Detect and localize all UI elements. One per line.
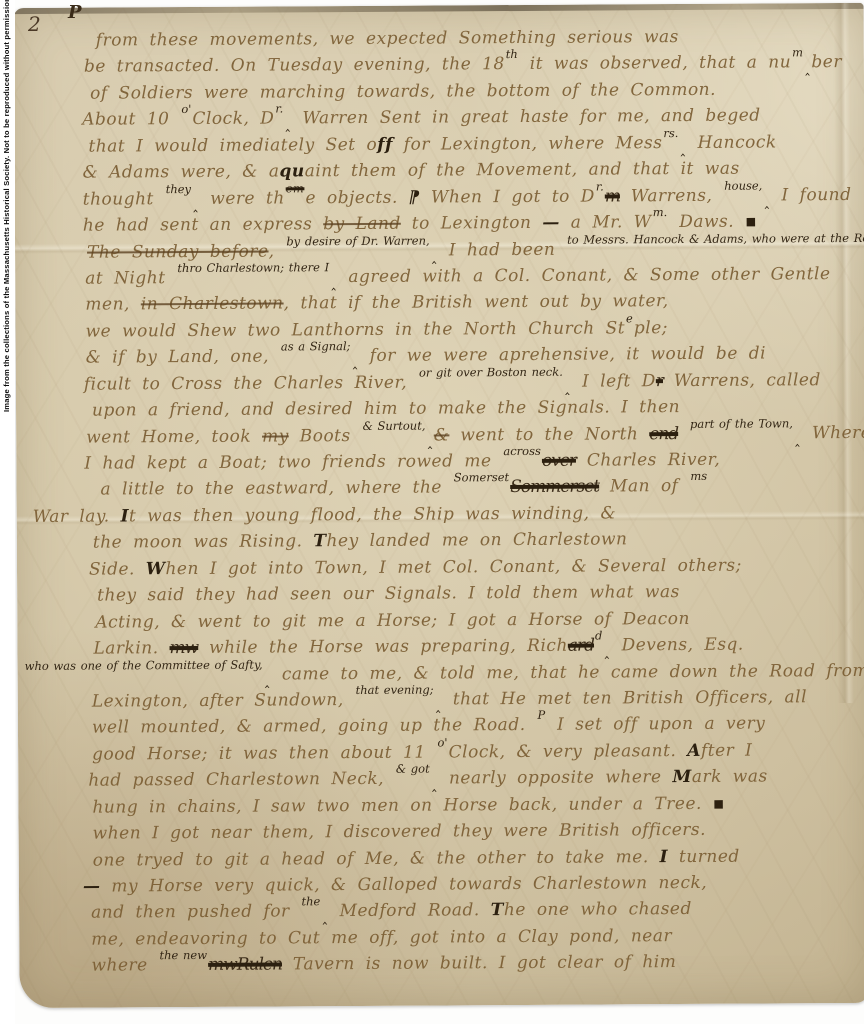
handwritten-text: e objects. bbox=[305, 187, 408, 208]
handwritten-text: , that if the British went out by water, bbox=[284, 291, 669, 313]
interlinear-insertion: th bbox=[506, 47, 518, 61]
handwritten-text: ▪ bbox=[745, 212, 757, 232]
handwritten-text: one tryed to git a head of Me, & the oth… bbox=[93, 847, 660, 870]
interlinear-insertion: that evening; bbox=[356, 682, 434, 696]
handwritten-text: , bbox=[268, 241, 285, 261]
handwritten-text: while the Horse was preparing, Rich bbox=[198, 636, 568, 658]
copyright-credit-text: Image from the collections of the Massac… bbox=[2, 12, 11, 412]
handwritten-text: to Lexington bbox=[401, 213, 543, 234]
handwritten-text: ark was bbox=[692, 767, 768, 787]
handwritten-text: went Home, took bbox=[86, 426, 262, 447]
handwritten-text: and then pushed for bbox=[91, 902, 301, 923]
struck-text: & bbox=[434, 425, 450, 445]
handwritten-text: we would Shew two Lanthorns in the North… bbox=[85, 318, 625, 341]
interlinear-insertion: P bbox=[537, 708, 545, 722]
handwritten-text: I had been bbox=[438, 239, 566, 260]
handwritten-text: Devens, Esq. bbox=[611, 635, 744, 656]
handwritten-text: went to the North bbox=[449, 424, 649, 445]
interlinear-insertion: who was one of the Committee of Safty, bbox=[25, 657, 263, 672]
handwritten-text: ff bbox=[377, 135, 393, 155]
interlinear-insertion: & Surtout, bbox=[362, 418, 425, 432]
handwritten-text: well mounted, & armed, going up the Road… bbox=[92, 715, 537, 738]
handwritten-text: Charles River, bbox=[576, 450, 720, 471]
handwritten-text: that He met ten British Officers, all bbox=[442, 687, 807, 709]
handwritten-text: I found bbox=[771, 185, 852, 205]
caret-mark: ‸ bbox=[193, 197, 198, 213]
handwritten-text: Warrens, called bbox=[663, 370, 821, 391]
struck-text: ard bbox=[568, 636, 594, 656]
handwritten-text: Clock, D bbox=[192, 109, 274, 130]
handwritten-text: W bbox=[146, 559, 166, 579]
copyright-strip: Image from the collections of the Massac… bbox=[0, 0, 15, 1024]
struck-text: m bbox=[605, 186, 620, 206]
handwritten-text: it was observed, that a nu bbox=[519, 53, 791, 75]
caret-mark: ‸ bbox=[436, 697, 441, 713]
caret-mark: ‸ bbox=[432, 248, 437, 264]
struck-text: in Charlestown bbox=[141, 294, 284, 315]
caret-mark: ‸ bbox=[604, 644, 609, 660]
interlinear-insertion: o' bbox=[437, 735, 447, 749]
handwritten-text: men, bbox=[85, 295, 141, 315]
handwritten-text: aint them of the Movement, and that it w… bbox=[305, 159, 740, 182]
interlinear-insertion: o' bbox=[181, 102, 191, 116]
caret-mark: ‸ bbox=[565, 379, 570, 395]
handwritten-text: ber bbox=[811, 52, 842, 72]
struck-text: my bbox=[262, 426, 289, 446]
handwritten-text: I had kept a Boat; two friends rowed me bbox=[84, 451, 502, 474]
caret-mark: ‸ bbox=[805, 61, 810, 77]
struck-text: Sommerset bbox=[510, 477, 599, 498]
handwritten-text: for we were aprehensive, it would be di bbox=[359, 344, 766, 366]
handwritten-text: a Mr. W bbox=[560, 212, 652, 233]
handwritten-text: were th bbox=[199, 188, 285, 209]
handwritten-text: ⁋ bbox=[409, 187, 420, 207]
interlinear-insertion: across bbox=[503, 444, 541, 458]
handwritten-text: — bbox=[542, 213, 560, 233]
handwritten-text: Clock, & very pleasant. bbox=[449, 741, 688, 762]
editorial-paragraph-mark: P bbox=[68, 2, 82, 23]
handwritten-text: that I would imediately Set o bbox=[88, 135, 377, 157]
interlinear-insertion: r. bbox=[596, 179, 604, 193]
handwritten-text: where bbox=[91, 956, 158, 976]
handwritten-text: ple; bbox=[634, 318, 668, 338]
handwritten-text bbox=[678, 424, 689, 444]
handwritten-text: a little to the eastward, where the bbox=[100, 478, 452, 500]
caret-mark: ‸ bbox=[353, 354, 358, 370]
struck-text: mw bbox=[169, 638, 198, 658]
handwritten-text: ▪ bbox=[713, 793, 725, 813]
handwritten-text: qu bbox=[279, 161, 304, 181]
caret-mark: ‸ bbox=[427, 433, 432, 449]
interlinear-insertion: Somerset bbox=[454, 471, 509, 485]
handwritten-text: Lexington, after Sundown, bbox=[92, 690, 355, 712]
handwritten-text: I set off upon a very bbox=[546, 714, 765, 735]
handwritten-text: they said they had seen our Signals. I t… bbox=[97, 582, 680, 606]
handwritten-text: I left D bbox=[571, 371, 656, 392]
interlinear-insertion: d bbox=[595, 629, 602, 643]
manuscript-text: from these movements, we expected Someth… bbox=[82, 23, 860, 979]
handwritten-text: thought bbox=[83, 189, 165, 210]
handwritten-text: fter I bbox=[701, 740, 753, 760]
interlinear-insertion: as a Signal; bbox=[281, 339, 351, 353]
caret-mark: ‸ bbox=[795, 431, 800, 447]
caret-mark: ‸ bbox=[680, 141, 685, 157]
torn-top-edge bbox=[14, 3, 864, 14]
interlinear-insertion: or git over Boston neck. bbox=[419, 364, 563, 379]
interlinear-insertion: they bbox=[166, 182, 191, 196]
interlinear-insertion: rs. bbox=[663, 126, 678, 140]
handwritten-text: from these movements, we expected Someth… bbox=[96, 27, 679, 51]
handwritten-text: War lay. bbox=[33, 506, 121, 527]
handwritten-text: M bbox=[672, 767, 691, 787]
interlinear-insertion: house, bbox=[724, 178, 762, 192]
handwritten-text: the moon was Rising. bbox=[93, 532, 314, 553]
handwritten-text: About 10 bbox=[82, 109, 180, 130]
caret-mark: ‸ bbox=[322, 910, 327, 926]
handwritten-text: nearly opposite where bbox=[438, 767, 673, 788]
interlinear-insertion: thro Charlestown; there I bbox=[177, 260, 329, 275]
handwritten-text: Where bbox=[801, 422, 864, 442]
struck-text: end bbox=[649, 424, 678, 444]
handwritten-text: Man of bbox=[599, 476, 689, 497]
handwritten-text: of Soldiers were marching towards, the b… bbox=[90, 80, 716, 104]
interlinear-insertion: the new bbox=[159, 948, 207, 962]
interlinear-insertion: m bbox=[792, 46, 803, 60]
handwritten-text: A bbox=[687, 741, 701, 761]
handwritten-text: Boots bbox=[289, 426, 362, 446]
interlinear-insertion: e bbox=[626, 311, 633, 325]
handwritten-text: for Lexington, where Mess bbox=[393, 133, 663, 155]
handwritten-text: Warren Sent in great haste for me, and b… bbox=[291, 106, 760, 129]
handwritten-text: t was then young flood, the Ship was win… bbox=[129, 503, 616, 526]
handwritten-text: — bbox=[83, 877, 101, 897]
interlinear-insertion: to Messrs. Hancock & Adams, who were at … bbox=[567, 230, 864, 246]
handwritten-text: he had sent an express bbox=[83, 214, 323, 235]
interlinear-insertion: & got bbox=[396, 762, 430, 776]
handwritten-text: turned bbox=[668, 846, 740, 866]
interlinear-insertion: ms bbox=[690, 469, 707, 483]
handwritten-text: hen I got into Town, I met Col. Conant, … bbox=[165, 555, 741, 579]
handwritten-text: Daws. bbox=[668, 212, 745, 232]
handwritten-text: good Horse; it was then about 11 bbox=[92, 742, 437, 764]
handwritten-text: hey landed me on Charlestown bbox=[326, 530, 627, 552]
interlinear-insertion: the bbox=[301, 895, 320, 909]
struck-text: by Land bbox=[323, 214, 401, 234]
handwritten-text: Larkin. bbox=[93, 638, 169, 658]
manuscript-line: where the newmwRulen Tavern is now built… bbox=[91, 948, 859, 979]
handwritten-text: Side. bbox=[89, 559, 146, 579]
interlinear-insertion: em bbox=[286, 181, 305, 195]
handwritten-text: When I got to D bbox=[420, 186, 595, 207]
handwritten-text: my Horse very quick, & Galloped towards … bbox=[100, 873, 707, 897]
caret-mark: ‸ bbox=[331, 275, 336, 291]
handwritten-text: & if by Land, one, bbox=[86, 347, 280, 368]
interlinear-insertion: by desire of Dr. Warren, bbox=[286, 233, 429, 248]
handwritten-text: T bbox=[313, 531, 326, 551]
handwritten-text: Hancock bbox=[687, 132, 777, 153]
interlinear-insertion: part of the Town, bbox=[690, 416, 793, 431]
handwritten-text: agreed with a Col. Conant, & Some other … bbox=[337, 264, 830, 287]
handwritten-text: Tavern is now built. I got clear of him bbox=[282, 952, 676, 974]
caret-mark: ‸ bbox=[265, 672, 270, 688]
handwritten-text: upon a friend, and desired him to make t… bbox=[92, 397, 680, 421]
struck-text: The Sunday before bbox=[87, 241, 269, 262]
interlinear-insertion: m. bbox=[653, 205, 668, 219]
document-scan: Image from the collections of the Massac… bbox=[0, 0, 864, 1024]
handwritten-text: be transacted. On Tuesday evening, the 1… bbox=[84, 55, 505, 78]
handwritten-text: he one who chased bbox=[504, 899, 692, 920]
manuscript-page: from these movements, we expected Someth… bbox=[14, 3, 864, 1008]
handwritten-text: at Night bbox=[85, 268, 176, 289]
handwritten-text: ficult to Cross the Charles River, bbox=[84, 372, 418, 394]
handwritten-text: T bbox=[491, 901, 504, 921]
handwritten-text: me, endeavoring to Cut me off, got into … bbox=[91, 926, 672, 950]
handwritten-text: Warrens, bbox=[620, 185, 723, 206]
handwritten-text: when I got near them, I discovered they … bbox=[93, 820, 707, 844]
handwritten-text: hung in chains, I saw two men on Horse b… bbox=[92, 794, 712, 818]
interlinear-insertion: r. bbox=[275, 102, 283, 116]
caret-mark: ‸ bbox=[764, 193, 769, 209]
caret-mark: ‸ bbox=[432, 777, 437, 793]
struck-text: over bbox=[542, 451, 576, 471]
struck-text: mwRulen bbox=[208, 955, 282, 975]
handwritten-text: & Adams were, & a bbox=[83, 162, 280, 183]
handwritten-text: had passed Charlestown Neck, bbox=[88, 769, 395, 791]
page-number: 2 bbox=[28, 12, 41, 36]
handwritten-text: Medford Road. bbox=[329, 901, 491, 922]
handwritten-text: came to me, & told me, that he came down… bbox=[271, 660, 864, 684]
caret-mark: ‸ bbox=[285, 117, 290, 133]
